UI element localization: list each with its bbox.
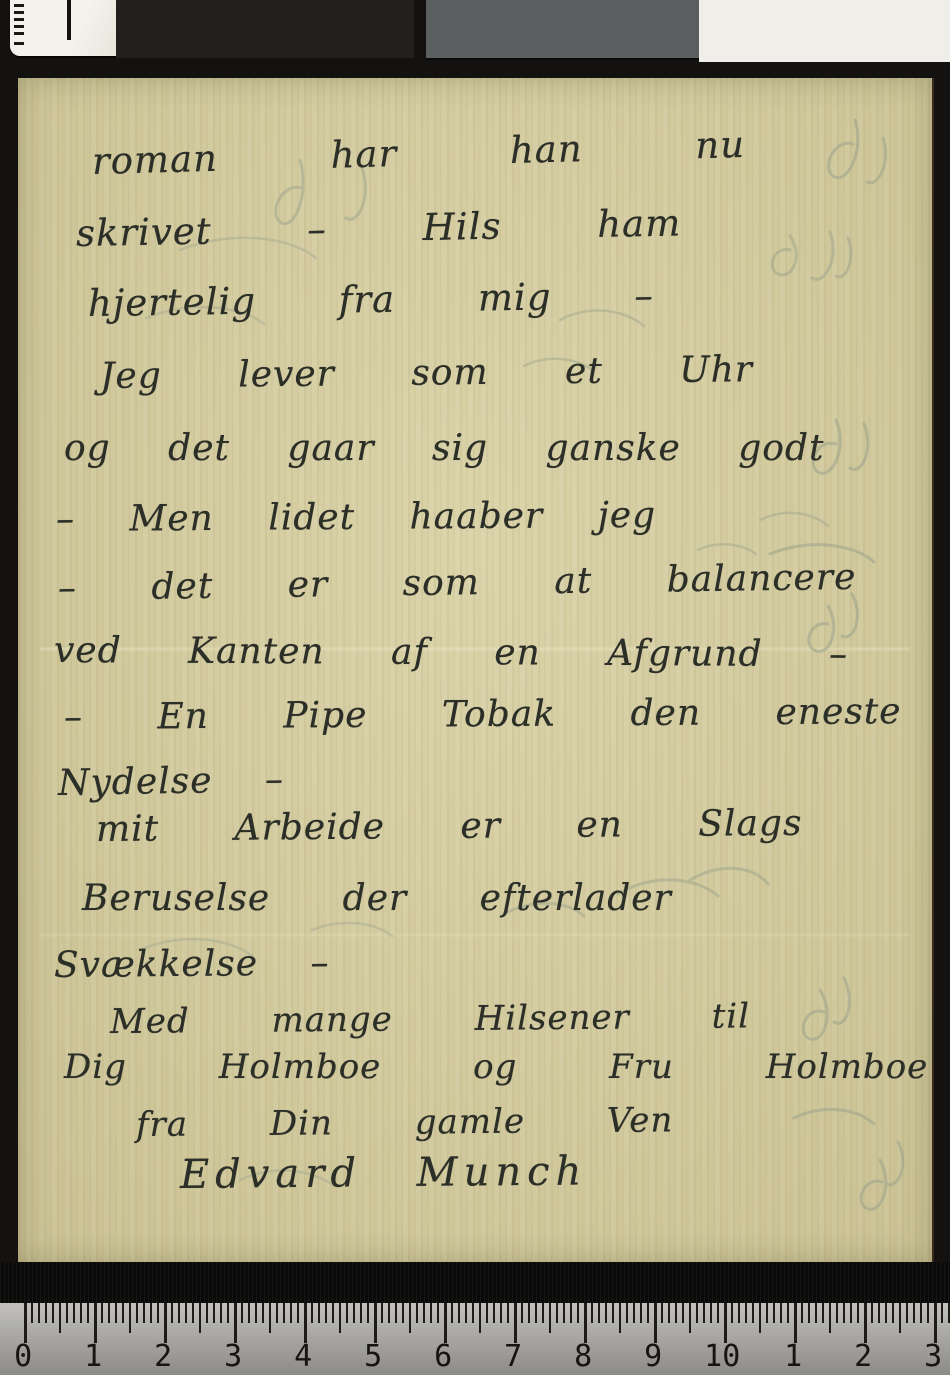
ruler-tick — [836, 1303, 838, 1323]
ruler-tick — [178, 1303, 180, 1323]
ruler-tick — [283, 1303, 285, 1323]
ruler-tick — [402, 1303, 404, 1323]
calibration-white-patch — [699, 0, 950, 62]
ruler-tick — [206, 1303, 208, 1323]
ruler-tick — [395, 1303, 397, 1323]
ruler-tick — [633, 1303, 635, 1323]
ruler-tick — [794, 1303, 797, 1343]
ruler-number: 2 — [854, 1339, 872, 1374]
ruler-tick — [262, 1303, 264, 1323]
ruler-tick — [45, 1303, 47, 1323]
ruler-tick — [94, 1303, 97, 1343]
ruler-number: 2 — [154, 1339, 172, 1374]
ruler-shadow-band — [0, 1262, 950, 1303]
ruler-tick — [906, 1303, 908, 1323]
ruler-tick — [605, 1303, 607, 1323]
ruler-tick — [248, 1303, 250, 1323]
ruler-tick — [80, 1303, 82, 1323]
ruler-tick — [164, 1303, 167, 1343]
calibration-tick — [14, 32, 24, 35]
ruler-tick — [486, 1303, 488, 1323]
ruler-tick — [150, 1303, 152, 1323]
ruler-tick — [59, 1303, 61, 1333]
ruler-tick — [787, 1303, 789, 1323]
ruler-tick — [437, 1303, 439, 1323]
ruler-tick — [346, 1303, 348, 1323]
ruler-tick — [675, 1303, 677, 1323]
ruler-tick — [535, 1303, 537, 1323]
ruler-tick — [570, 1303, 572, 1323]
ruler-tick — [528, 1303, 530, 1323]
ruler-number: 9 — [644, 1339, 662, 1374]
ruler-tick — [185, 1303, 187, 1323]
ruler-tick — [703, 1303, 705, 1323]
ruler-tick — [416, 1303, 418, 1323]
ruler-tick — [577, 1303, 579, 1323]
ruler-tick — [66, 1303, 68, 1323]
calibration-gray-patch — [426, 0, 699, 58]
ruler-tick — [101, 1303, 103, 1323]
ruler-tick — [171, 1303, 173, 1323]
ruler-number: 3 — [224, 1339, 242, 1374]
ruler-tick — [234, 1303, 237, 1343]
ruler-tick — [724, 1303, 727, 1343]
ruler-tick — [829, 1303, 831, 1333]
ruler-tick — [640, 1303, 642, 1323]
ruler-tick — [241, 1303, 243, 1323]
ruler: 012345678910123 — [0, 1303, 950, 1375]
ruler-tick — [626, 1303, 628, 1323]
ruler-tick — [52, 1303, 54, 1323]
ruler-tick — [647, 1303, 649, 1323]
ruler-tick — [458, 1303, 460, 1323]
ruler-tick — [304, 1303, 307, 1343]
ruler-tick — [689, 1303, 691, 1333]
ruler-tick — [332, 1303, 334, 1323]
ruler-tick — [129, 1303, 131, 1333]
ruler-tick — [297, 1303, 299, 1323]
ruler-tick — [360, 1303, 362, 1323]
ruler-tick — [374, 1303, 377, 1343]
ruler-tick — [192, 1303, 194, 1323]
page-crease — [40, 648, 910, 650]
ruler-tick — [752, 1303, 754, 1323]
ruler-number: 1 — [784, 1339, 802, 1374]
ruler-tick — [514, 1303, 517, 1343]
ruler-tick — [584, 1303, 587, 1343]
ruler-tick — [773, 1303, 775, 1323]
ruler-number: 8 — [574, 1339, 592, 1374]
ruler-tick — [199, 1303, 201, 1333]
ruler-tick — [73, 1303, 75, 1323]
ruler-tick — [507, 1303, 509, 1323]
ruler-tick — [255, 1303, 257, 1323]
ruler-tick — [220, 1303, 222, 1323]
letter-page — [18, 78, 932, 1262]
ruler-tick — [136, 1303, 138, 1323]
ruler-tick — [920, 1303, 922, 1323]
ruler-tick — [500, 1303, 502, 1323]
ruler-ticks: 012345678910123 — [0, 1303, 950, 1375]
ruler-tick — [472, 1303, 474, 1323]
calibration-card — [10, 0, 120, 56]
ruler-tick — [290, 1303, 292, 1323]
ruler-tick — [619, 1303, 621, 1333]
ruler-tick — [122, 1303, 124, 1323]
ruler-tick — [563, 1303, 565, 1323]
ruler-tick — [766, 1303, 768, 1323]
ruler-tick — [738, 1303, 740, 1323]
ruler-tick — [759, 1303, 761, 1333]
ruler-tick — [941, 1303, 943, 1323]
ruler-tick — [892, 1303, 894, 1323]
ruler-tick — [801, 1303, 803, 1323]
ruler-tick — [822, 1303, 824, 1323]
ruler-tick — [780, 1303, 782, 1323]
ruler-tick — [864, 1303, 867, 1343]
ruler-tick — [143, 1303, 145, 1323]
ruler-tick — [451, 1303, 453, 1323]
ruler-tick — [493, 1303, 495, 1323]
ruler-tick — [556, 1303, 558, 1323]
ruler-tick — [87, 1303, 89, 1323]
ruler-tick — [612, 1303, 614, 1323]
ruler-tick — [913, 1303, 915, 1323]
ruler-tick — [31, 1303, 33, 1323]
ruler-tick — [24, 1303, 27, 1343]
ruler-tick — [591, 1303, 593, 1323]
ruler-number: 3 — [924, 1339, 942, 1374]
ruler-tick — [934, 1303, 937, 1343]
ruler-number: 0 — [14, 1339, 32, 1374]
ruler-tick — [682, 1303, 684, 1323]
ruler-tick — [717, 1303, 719, 1323]
ruler-tick — [850, 1303, 852, 1323]
calibration-line — [67, 0, 71, 40]
ruler-tick — [381, 1303, 383, 1323]
ruler-tick — [444, 1303, 447, 1343]
ruler-tick — [843, 1303, 845, 1323]
ruler-tick — [409, 1303, 411, 1333]
ruler-tick — [157, 1303, 159, 1323]
ruler-tick — [115, 1303, 117, 1323]
ruler-tick — [878, 1303, 880, 1323]
ruler-tick — [542, 1303, 544, 1323]
ruler-tick — [808, 1303, 810, 1323]
ruler-tick — [430, 1303, 432, 1323]
ruler-tick — [668, 1303, 670, 1323]
ruler-tick — [325, 1303, 327, 1323]
ruler-tick — [108, 1303, 110, 1323]
ruler-tick — [927, 1303, 929, 1323]
ruler-tick — [857, 1303, 859, 1323]
ruler-tick — [367, 1303, 369, 1323]
ruler-tick — [318, 1303, 320, 1323]
ruler-number: 7 — [504, 1339, 522, 1374]
ruler-tick — [388, 1303, 390, 1323]
ruler-tick — [276, 1303, 278, 1323]
ruler-tick — [661, 1303, 663, 1323]
ruler-tick — [213, 1303, 215, 1323]
ruler-number: 5 — [364, 1339, 382, 1374]
ruler-number: 1 — [84, 1339, 102, 1374]
calibration-tick — [14, 4, 24, 7]
ruler-tick — [353, 1303, 355, 1323]
calibration-tick — [14, 42, 24, 45]
ruler-tick — [479, 1303, 481, 1333]
calibration-strip — [0, 0, 950, 75]
ruler-tick — [549, 1303, 551, 1333]
ruler-tick — [38, 1303, 40, 1323]
ruler-tick — [696, 1303, 698, 1323]
ruler-tick — [269, 1303, 271, 1333]
ruler-tick — [745, 1303, 747, 1323]
ruler-tick — [423, 1303, 425, 1323]
ruler-tick — [815, 1303, 817, 1323]
ruler-tick — [227, 1303, 229, 1323]
ruler-number: 6 — [434, 1339, 452, 1374]
ruler-number: 10 — [704, 1339, 740, 1374]
ruler-tick — [710, 1303, 712, 1323]
ruler-tick — [465, 1303, 467, 1323]
ruler-tick — [899, 1303, 901, 1333]
ruler-tick — [654, 1303, 657, 1343]
ruler-tick — [598, 1303, 600, 1323]
ruler-tick — [521, 1303, 523, 1323]
ruler-tick — [885, 1303, 887, 1323]
page-crease — [40, 934, 910, 936]
ruler-tick — [311, 1303, 313, 1323]
ruler-tick — [871, 1303, 873, 1323]
calibration-tick — [14, 18, 24, 21]
calibration-tick — [14, 11, 24, 14]
ruler-tick — [339, 1303, 341, 1333]
ruler-tick — [731, 1303, 733, 1323]
ruler-number: 4 — [294, 1339, 312, 1374]
calibration-black-patch — [116, 0, 414, 58]
calibration-tick — [14, 25, 24, 28]
